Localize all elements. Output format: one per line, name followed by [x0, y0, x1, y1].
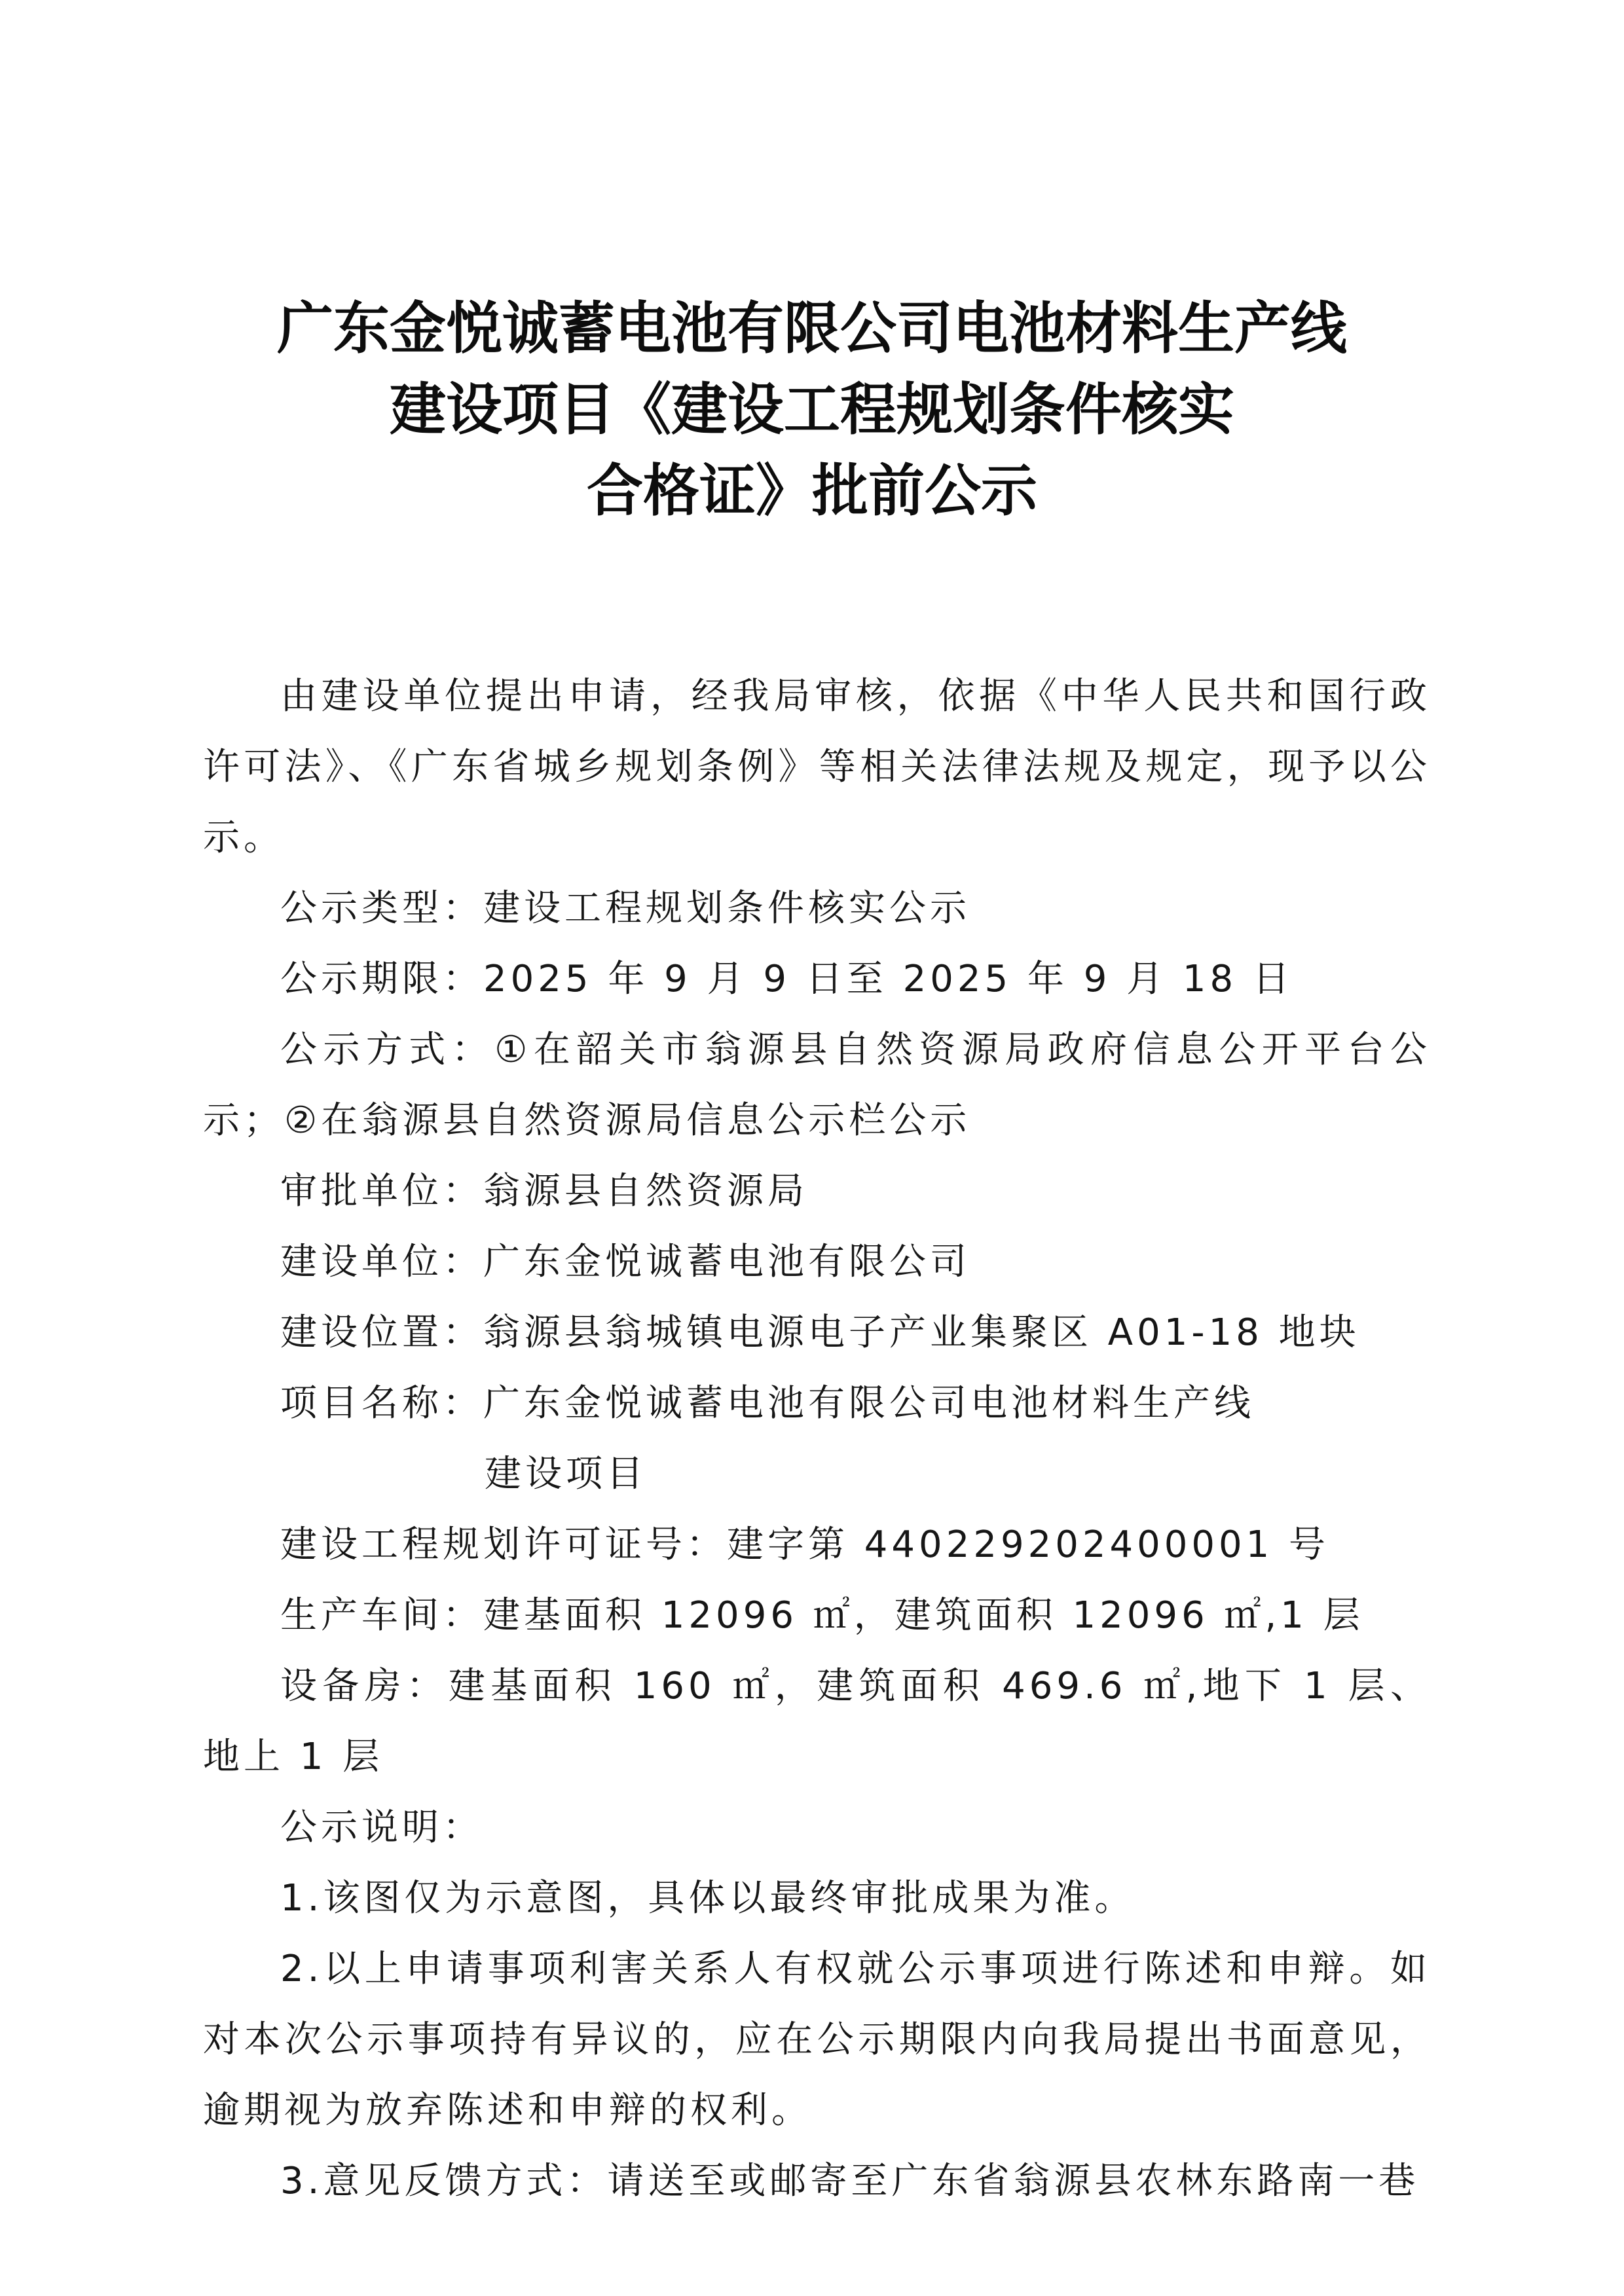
field-value: 广东金悦诚蓄电池有限公司	[483, 1241, 970, 1283]
field-value: 翁源县翁城镇电源电子产业集聚区 A01-18 地块	[483, 1311, 1360, 1354]
field-workshop: 生产车间：建基面积 12096 ㎡，建筑面积 12096 ㎡,1 层	[203, 1580, 1431, 1651]
field-value-line-1: 广东金悦诚蓄电池有限公司电池材料生产线	[483, 1382, 1255, 1425]
field-label: 建设单位：	[280, 1241, 483, 1283]
field-label: 项目名称：	[280, 1382, 483, 1425]
document-body: 由建设单位提出申请，经我局审核，依据《中华人民共和国行政许可法》、《广东省城乡规…	[203, 661, 1431, 2217]
note-item-2: 2.以上申请事项利害关系人有权就公示事项进行陈述和申辩。如对本次公示事项持有异议…	[203, 1934, 1431, 2146]
title-line-1: 广东金悦诚蓄电池有限公司电池材料生产线	[196, 288, 1428, 369]
note-item-3: 3.意见反馈方式：请送至或邮寄至广东省翁源县农林东路南一巷	[203, 2146, 1431, 2217]
field-label: 建设工程规划许可证号：	[280, 1523, 727, 1566]
field-label: 生产车间：	[280, 1594, 483, 1637]
field-approver: 审批单位：翁源县自然资源局	[203, 1156, 1431, 1227]
field-publicity-type: 公示类型：建设工程规划条件核实公示	[203, 873, 1431, 944]
field-value: 建基面积 12096 ㎡，建筑面积 12096 ㎡,1 层	[483, 1594, 1364, 1637]
field-value-line-2: 建设项目	[280, 1439, 1431, 1510]
field-project-name: 项目名称：广东金悦诚蓄电池有限公司电池材料生产线 建设项目	[203, 1368, 1431, 1510]
field-location: 建设位置：翁源县翁城镇电源电子产业集聚区 A01-18 地块	[203, 1298, 1431, 1368]
field-value: 建字第 440229202400001 号	[727, 1523, 1329, 1566]
field-publicity-period: 公示期限：2025 年 9 月 9 日至 2025 年 9 月 18 日	[203, 944, 1431, 1015]
field-label: 公示方式：	[280, 1029, 494, 1071]
field-label: 设备房：	[280, 1665, 449, 1707]
field-label: 建设位置：	[280, 1311, 483, 1354]
field-label: 公示期限：	[280, 958, 483, 1000]
field-value: 翁源县自然资源局	[483, 1170, 808, 1212]
intro-paragraph: 由建设单位提出申请，经我局审核，依据《中华人民共和国行政许可法》、《广东省城乡规…	[203, 661, 1431, 873]
title-line-3: 合格证》批前公示	[196, 450, 1428, 532]
note-item-1: 1.该图仅为示意图，具体以最终审批成果为准。	[203, 1863, 1431, 1934]
field-value: 建设工程规划条件核实公示	[483, 887, 970, 930]
document-page: 广东金悦诚蓄电池有限公司电池材料生产线 建设项目《建设工程规划条件核实 合格证》…	[0, 0, 1624, 2296]
field-value: 2025 年 9 月 9 日至 2025 年 9 月 18 日	[483, 958, 1293, 1000]
field-label: 审批单位：	[280, 1170, 483, 1212]
title-line-2: 建设项目《建设工程规划条件核实	[196, 369, 1428, 450]
field-permit-number: 建设工程规划许可证号：建字第 440229202400001 号	[203, 1510, 1431, 1580]
document-title: 广东金悦诚蓄电池有限公司电池材料生产线 建设项目《建设工程规划条件核实 合格证》…	[196, 288, 1428, 532]
field-publicity-method: 公示方式：①在韶关市翁源县自然资源局政府信息公开平台公示；②在翁源县自然资源局信…	[203, 1015, 1431, 1156]
field-label: 公示类型：	[280, 887, 483, 930]
notes-heading: 公示说明：	[203, 1793, 1431, 1863]
field-builder: 建设单位：广东金悦诚蓄电池有限公司	[203, 1227, 1431, 1298]
field-equipment-room: 设备房：建基面积 160 ㎡，建筑面积 469.6 ㎡,地下 1 层、地上 1 …	[203, 1651, 1431, 1793]
